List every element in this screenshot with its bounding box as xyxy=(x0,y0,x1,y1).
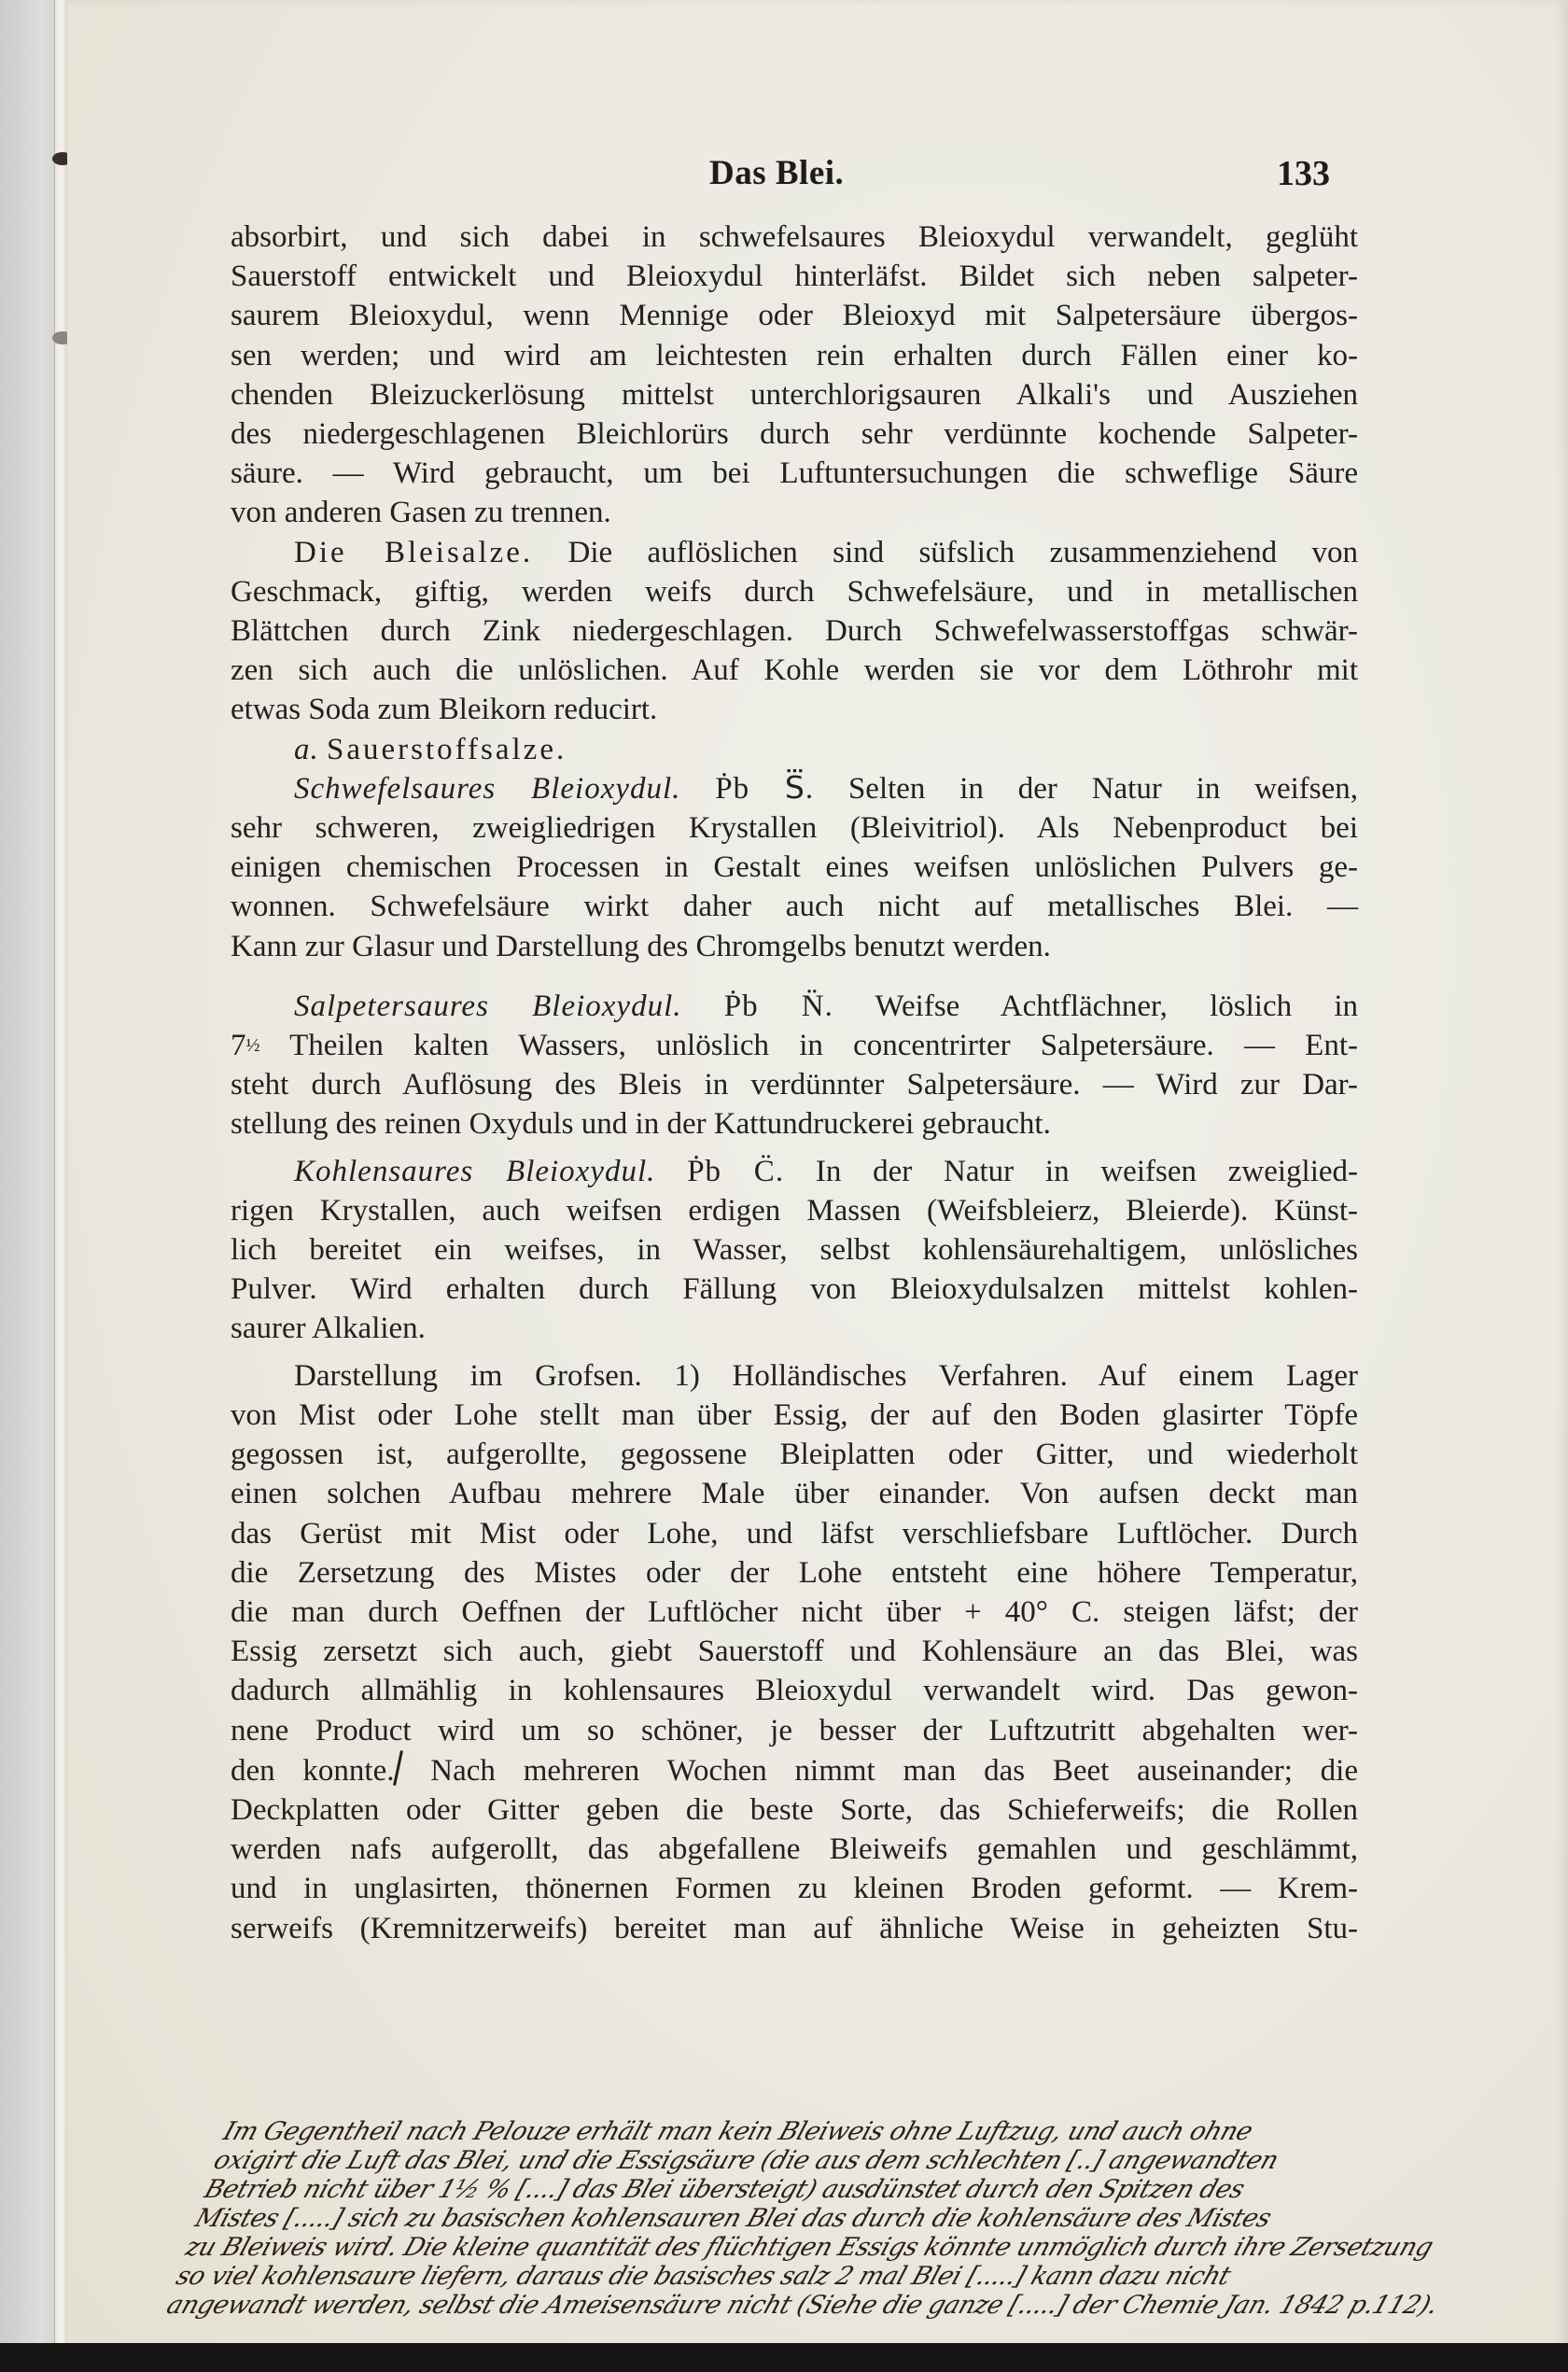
text-line: Kann zur Glasur und Darstellung des Chro… xyxy=(231,927,1358,966)
paragraph-kohlensaures: Kohlensaures Bleioxydul. Ṗb C̈. In der N… xyxy=(231,1152,1358,1191)
text-line: zen sich auch die unlöslichen. Auf Kohle… xyxy=(231,651,1358,690)
section-title: Sauerstoffsalze. xyxy=(327,733,567,766)
paragraph-heading: Die Bleisalze. xyxy=(294,536,533,569)
chemical-formula: Ṗb C̈. xyxy=(687,1155,784,1188)
text-run: Weifse Achtflächner, löslich in xyxy=(833,990,1358,1023)
section-heading: a. Sauerstoffsalze. xyxy=(231,730,1358,769)
text-line: chenden Bleizuckerlösung mittelst unterc… xyxy=(231,375,1358,414)
text-line: sen werden; und wird am leichtesten rein… xyxy=(231,336,1358,375)
text-run: den konnte. xyxy=(231,1754,395,1788)
handwritten-line: angewandt werden, selbst die Ameisensäur… xyxy=(163,2291,1517,2320)
chemical-formula: Ṗb N̈̈. xyxy=(724,990,833,1023)
section-letter: a. xyxy=(294,733,319,766)
text-line: Essig zersetzt sich auch, giebt Sauersto… xyxy=(231,1632,1358,1671)
text-line: saurem Bleioxydul, wenn Mennige oder Ble… xyxy=(231,296,1358,335)
text-line: gegossen ist, aufgerollte, gegossene Ble… xyxy=(231,1435,1358,1474)
running-head: Das Blei. xyxy=(709,153,844,193)
text-line: die Zersetzung des Mistes oder der Lohe … xyxy=(231,1553,1358,1593)
text-run: In der Natur in weifsen zweiglied- xyxy=(784,1155,1358,1188)
text-line: stellung des reinen Oxyduls und in der K… xyxy=(231,1104,1358,1144)
text-line: einigen chemischen Processen in Gestalt … xyxy=(231,848,1358,887)
handwritten-line: zu Bleiweis wird. Die kleine quantität d… xyxy=(182,2233,1535,2262)
text-run: Selten in der Natur in weifsen, xyxy=(814,772,1358,806)
handwritten-line: so viel kohlensaure liefern, daraus die … xyxy=(173,2262,1526,2291)
text-line: den konnte. Nach mehreren Wochen nimmt m… xyxy=(231,1750,1358,1790)
body-text: absorbirt, und sich dabei in schwefelsau… xyxy=(231,218,1358,1948)
text-line: wonnen. Schwefelsäure wirkt daher auch n… xyxy=(231,887,1358,926)
paragraph-salpetersaures: Salpetersaures Bleioxydul. Ṗb N̈̈. Weifs… xyxy=(231,987,1358,1026)
text-line: Darstellung im Grofsen. 1) Holländisches… xyxy=(231,1356,1358,1396)
text-line: Pulver. Wird erhalten durch Fällung von … xyxy=(231,1270,1358,1309)
text-line: Geschmack, giftig, werden weifs durch Sc… xyxy=(231,572,1358,611)
fraction: ½ xyxy=(246,1035,260,1056)
text-line: von Mist oder Lohe stellt man über Essig… xyxy=(231,1396,1358,1435)
fraction-whole: 7 xyxy=(231,1029,246,1062)
compound-name: Salpetersaures Bleioxydul. xyxy=(294,990,682,1023)
text-run: Theilen kalten Wassers, unlöslich in con… xyxy=(289,1029,1358,1062)
paragraph-bleisalze: Die Bleisalze. Die auflöslichen sind süf… xyxy=(231,533,1358,572)
text-line: lich bereitet ein weifses, in Wasser, se… xyxy=(231,1230,1358,1270)
text-line: steht durch Auflösung des Bleis in verdü… xyxy=(231,1065,1358,1104)
text-line: dadurch allmählig in kohlensaures Bleiox… xyxy=(231,1671,1358,1710)
text-run: Die auflöslichen sind süfslich zusammenz… xyxy=(533,536,1358,569)
text-line: und in unglasirten, thönernen Formen zu … xyxy=(231,1869,1358,1908)
text-line: serweifs (Kremnitzerweifs) bereitet man … xyxy=(231,1909,1358,1948)
compound-name: Kohlensaures Bleioxydul. xyxy=(294,1155,655,1188)
facing-page-edge xyxy=(0,0,60,2348)
text-line: des niedergeschlagenen Bleichlorürs durc… xyxy=(231,414,1358,454)
text-line: Blättchen durch Zink niedergeschlagen. D… xyxy=(231,611,1358,651)
text-line: das Gerüst mit Mist oder Lohe, und läfst… xyxy=(231,1514,1358,1553)
text-line: sehr schweren, zweigliedrigen Krystallen… xyxy=(231,808,1358,848)
handwritten-line: Im Gegentheil nach Pelouze erhält man ke… xyxy=(219,2117,1568,2146)
text-line: Sauerstoff entwickelt und Bleioxydul hin… xyxy=(231,257,1358,296)
text-line: säure. — Wird gebraucht, um bei Luftunte… xyxy=(231,454,1358,493)
page-number: 133 xyxy=(1277,153,1330,194)
paragraph-schwefelsaures: Schwefelsaures Bleioxydul. Ṗb S⃛. Selten… xyxy=(231,769,1358,808)
text-line: 7½ Theilen kalten Wassers, unlöslich in … xyxy=(231,1026,1358,1065)
text-line: rigen Krystallen, auch weifsen erdigen M… xyxy=(231,1191,1358,1230)
text-line: die man durch Oeffnen der Luftlöcher nic… xyxy=(231,1593,1358,1632)
compound-name: Schwefelsaures Bleioxydul. xyxy=(294,772,680,806)
handwritten-line: Mistes [.....] sich zu basischen kohlens… xyxy=(191,2204,1545,2233)
scan-background xyxy=(0,2343,1568,2372)
text-line: einen solchen Aufbau mehrere Male über e… xyxy=(231,1474,1358,1513)
text-line: saurer Alkalien. xyxy=(231,1309,1358,1348)
text-line: werden nafs aufgerollt, das abgefallene … xyxy=(231,1830,1358,1869)
scanned-page: Das Blei. 133 absorbirt, und sich dabei … xyxy=(0,0,1568,2372)
handwritten-line: oxigirt die Luft das Blei, und die Essig… xyxy=(210,2146,1563,2175)
chemical-formula: Ṗb S⃛. xyxy=(715,772,814,806)
text-line: Deckplatten oder Gitter geben die beste … xyxy=(231,1790,1358,1830)
text-line: etwas Soda zum Bleikorn reducirt. xyxy=(231,690,1358,729)
handwritten-line: Betrieb nicht über 1½ % [....] das Blei … xyxy=(201,2175,1554,2204)
text-line: nene Product wird um so schöner, je bess… xyxy=(231,1711,1358,1750)
text-line: absorbirt, und sich dabei in schwefelsau… xyxy=(231,218,1358,257)
text-run: Nach mehreren Wochen nimmt man das Beet … xyxy=(403,1754,1358,1788)
handwritten-annotation: Im Gegentheil nach Pelouze erhält man ke… xyxy=(163,2117,1568,2320)
text-line: von anderen Gasen zu trennen. xyxy=(231,493,1358,532)
